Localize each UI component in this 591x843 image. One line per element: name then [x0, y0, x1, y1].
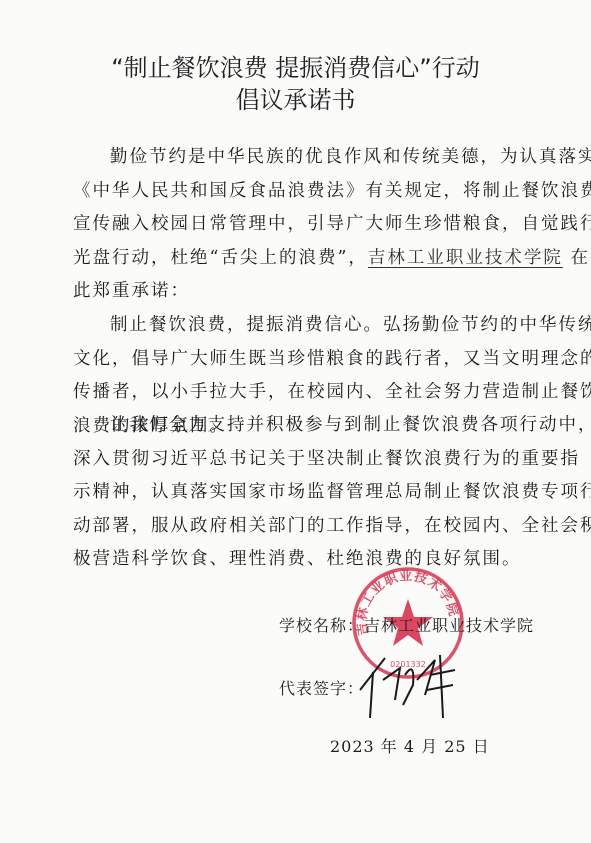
title-line-2: 倡议承诺书	[0, 80, 591, 115]
paragraph-1: 勤俭节约是中华民族的优良作风和传统美德，为认真落实 《中华人民共和国反食品浪费法…	[73, 141, 513, 309]
p2-line-2: 文化，倡导广大师生既当珍惜粮食的践行者，又当文明理念的	[73, 343, 513, 377]
p1-line-3: 宣传融入校园日常管理中，引导广大师生珍惜粮食，自觉践行	[73, 208, 513, 242]
p1-line-4: 光盘行动，杜绝“舌尖上的浪费”，吉林工业职业技术学院 在	[73, 242, 513, 276]
representative-label: 代表签字：	[279, 676, 364, 699]
p1-line-4-tail: 在	[563, 248, 590, 268]
school-name-underlined: 吉林工业职业技术学院	[368, 248, 563, 268]
p1-line-5: 此郑重承诺：	[73, 275, 513, 309]
school-name-row: 学校名称：吉林工业职业技术学院	[279, 613, 534, 636]
p1-line-1: 勤俭节约是中华民族的优良作风和传统美德，为认真落实	[73, 141, 513, 175]
p3-line-1: 让我们全力支持并积极参与到制止餐饮浪费各项行动中，	[73, 409, 513, 443]
school-name-value: 吉林工业职业技术学院	[364, 616, 534, 635]
school-name-label: 学校名称：	[279, 616, 364, 635]
p3-line-4: 动部署，服从政府相关部门的工作指导，在校园内、全社会积	[73, 510, 513, 544]
p3-line-2: 深入贯彻习近平总书记关于坚决制止餐饮浪费行为的重要指	[73, 443, 513, 477]
p1-line-4-text: 光盘行动，杜绝“舌尖上的浪费”，	[73, 248, 368, 268]
date: 2023 年 4 月 25 日	[330, 734, 490, 757]
p2-line-1: 制止餐饮浪费，提振消费信心。弘扬勤俭节约的中华传统	[73, 309, 513, 343]
p3-line-3: 示精神，认真落实国家市场监督管理总局制止餐饮浪费专项行	[73, 476, 513, 510]
title-line-1: “制止餐饮浪费 提振消费信心”行动	[0, 48, 591, 83]
handwritten-signature-icon	[355, 650, 465, 720]
p1-line-2: 《中华人民共和国反食品浪费法》有关规定，将制止餐饮浪费	[73, 175, 513, 209]
p2-line-3: 传播者，以小手拉大手，在校园内、全社会努力营造制止餐饮	[73, 376, 513, 410]
paragraph-3: 让我们全力支持并积极参与到制止餐饮浪费各项行动中， 深入贯彻习近平总书记关于坚决…	[73, 409, 513, 577]
